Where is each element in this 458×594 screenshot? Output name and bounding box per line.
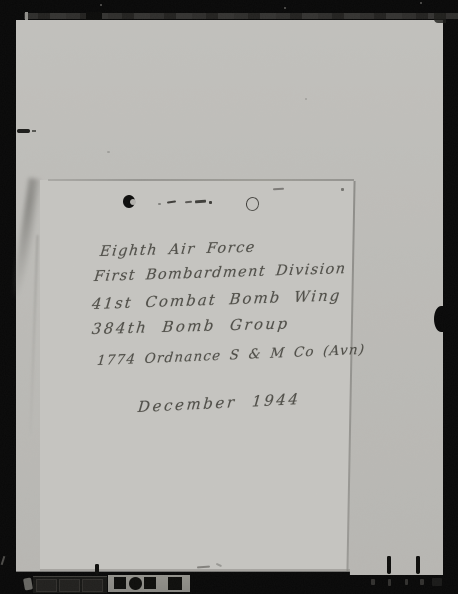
microfilm-scan-page: Eighth Air Force First Bombardment Divis… xyxy=(0,0,458,594)
film-edge-mark xyxy=(32,130,36,132)
film-frame-square xyxy=(144,577,156,589)
film-frame-square xyxy=(168,577,182,590)
film-frame-circle xyxy=(129,577,142,590)
film-speck xyxy=(100,4,102,6)
document-page xyxy=(40,180,354,571)
film-edge-blob xyxy=(23,577,33,590)
film-header-tick xyxy=(25,12,28,20)
film-frame-square xyxy=(114,577,126,589)
film-edge-blob xyxy=(434,306,446,332)
film-tick xyxy=(416,556,420,574)
film-speck xyxy=(420,2,422,4)
pencil-mark xyxy=(341,188,344,191)
film-smudge xyxy=(432,578,442,586)
pencil-mark xyxy=(158,203,161,205)
film-frame xyxy=(36,579,57,592)
film-header-notch xyxy=(86,12,102,20)
film-corner-mark xyxy=(1,556,6,565)
film-smudge xyxy=(388,579,391,586)
film-tick xyxy=(95,564,99,575)
document-page-top-edge xyxy=(48,179,354,181)
film-frame xyxy=(59,579,80,592)
paper-speck xyxy=(107,151,110,153)
page-corner-shade xyxy=(434,13,446,23)
film-frame xyxy=(82,579,103,592)
film-smudge xyxy=(371,579,375,585)
punch-hole-notch xyxy=(130,199,136,205)
film-density-strip-dark xyxy=(33,576,107,593)
film-tick xyxy=(387,556,391,574)
document-page-bottom-edge xyxy=(40,569,350,571)
film-smudge xyxy=(420,579,424,585)
film-smudge xyxy=(405,579,408,585)
film-density-strip-light xyxy=(108,575,190,592)
paper-speck xyxy=(305,98,307,100)
film-speck xyxy=(284,7,286,9)
film-edge-mark xyxy=(17,129,30,133)
pencil-mark xyxy=(209,201,212,204)
